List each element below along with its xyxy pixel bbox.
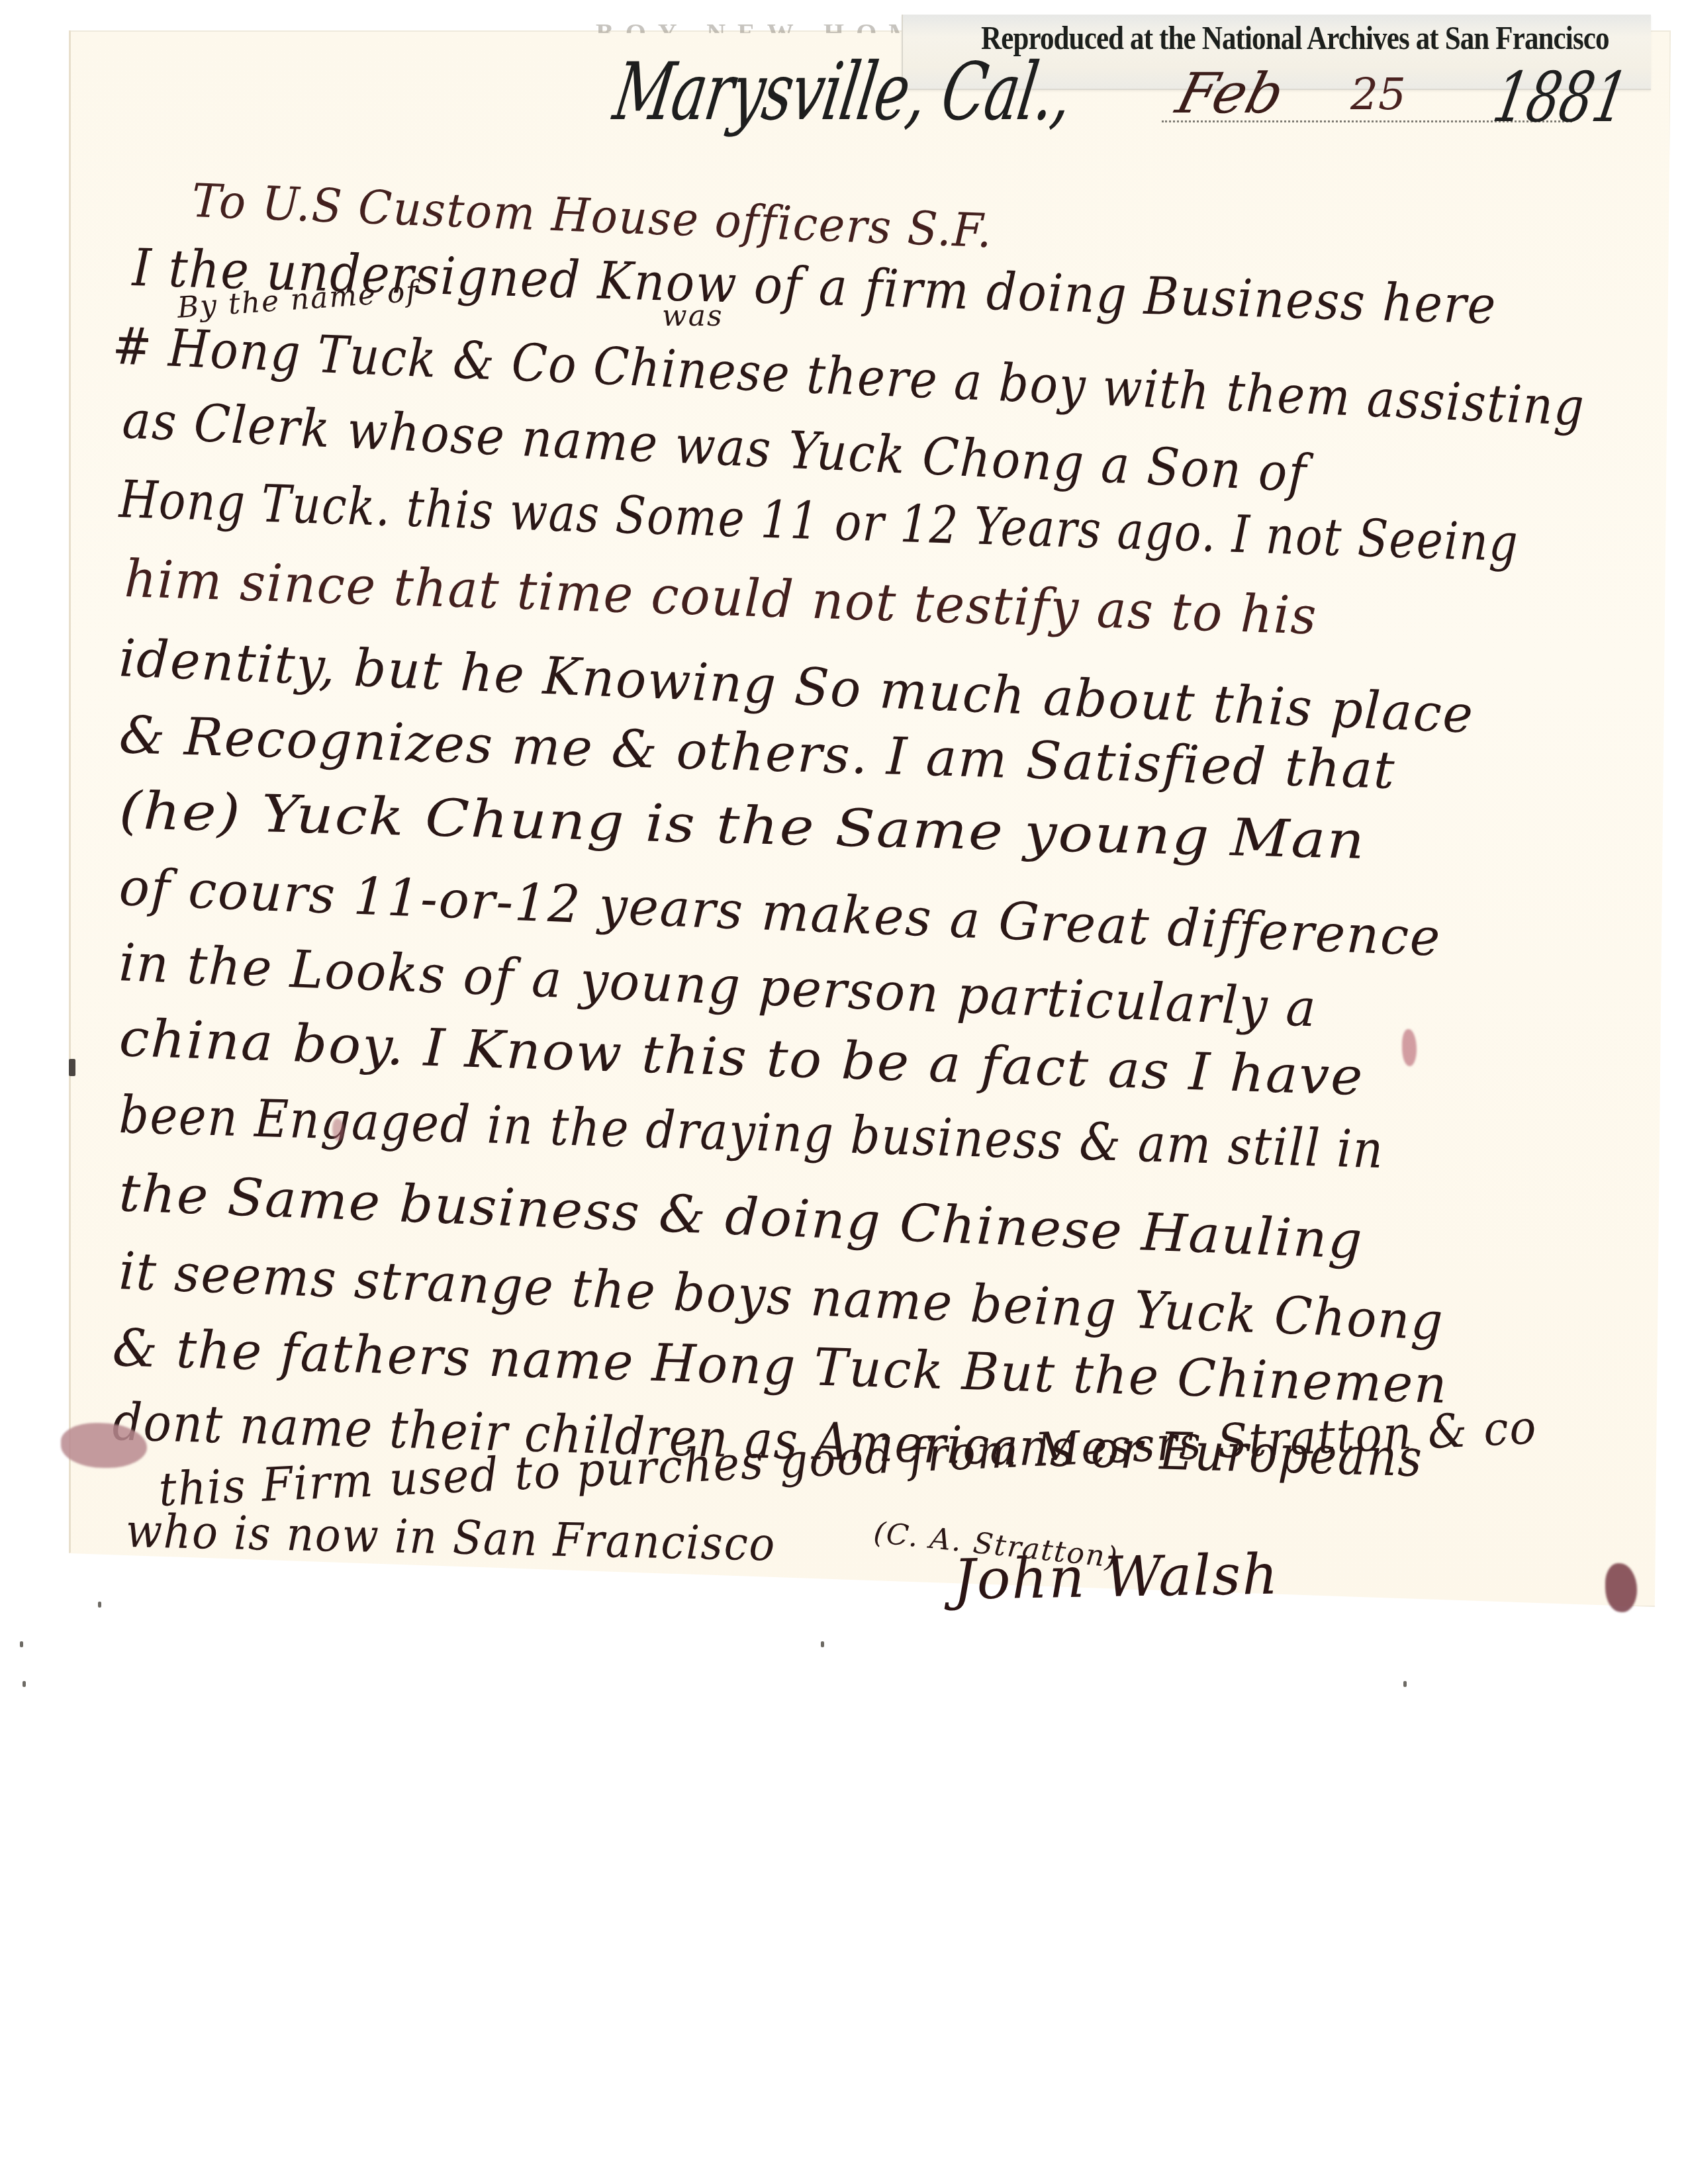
body-line-insert-was: was: [662, 299, 723, 333]
ink-blot-engaged: [332, 1118, 344, 1141]
page-speck-2: [20, 1641, 23, 1647]
dateline-day: 25: [1350, 69, 1406, 120]
page-speck-3: [23, 1681, 26, 1687]
paper-left-edge: [69, 30, 71, 1553]
page-speck-4: [821, 1641, 824, 1647]
dateline-month: Feb: [1170, 61, 1291, 126]
scanned-page: BOY NEW HOME BEWING Reproduced at the Na…: [0, 0, 1688, 2184]
signature: John Walsh: [953, 1541, 1280, 1612]
left-edge-mark: [69, 1059, 75, 1076]
dateline-year: 1881: [1487, 57, 1634, 138]
page-speck-5: [1403, 1681, 1407, 1687]
page-speck-1: [98, 1602, 101, 1608]
dateline-place: Marysville, Cal.,: [608, 46, 1078, 138]
